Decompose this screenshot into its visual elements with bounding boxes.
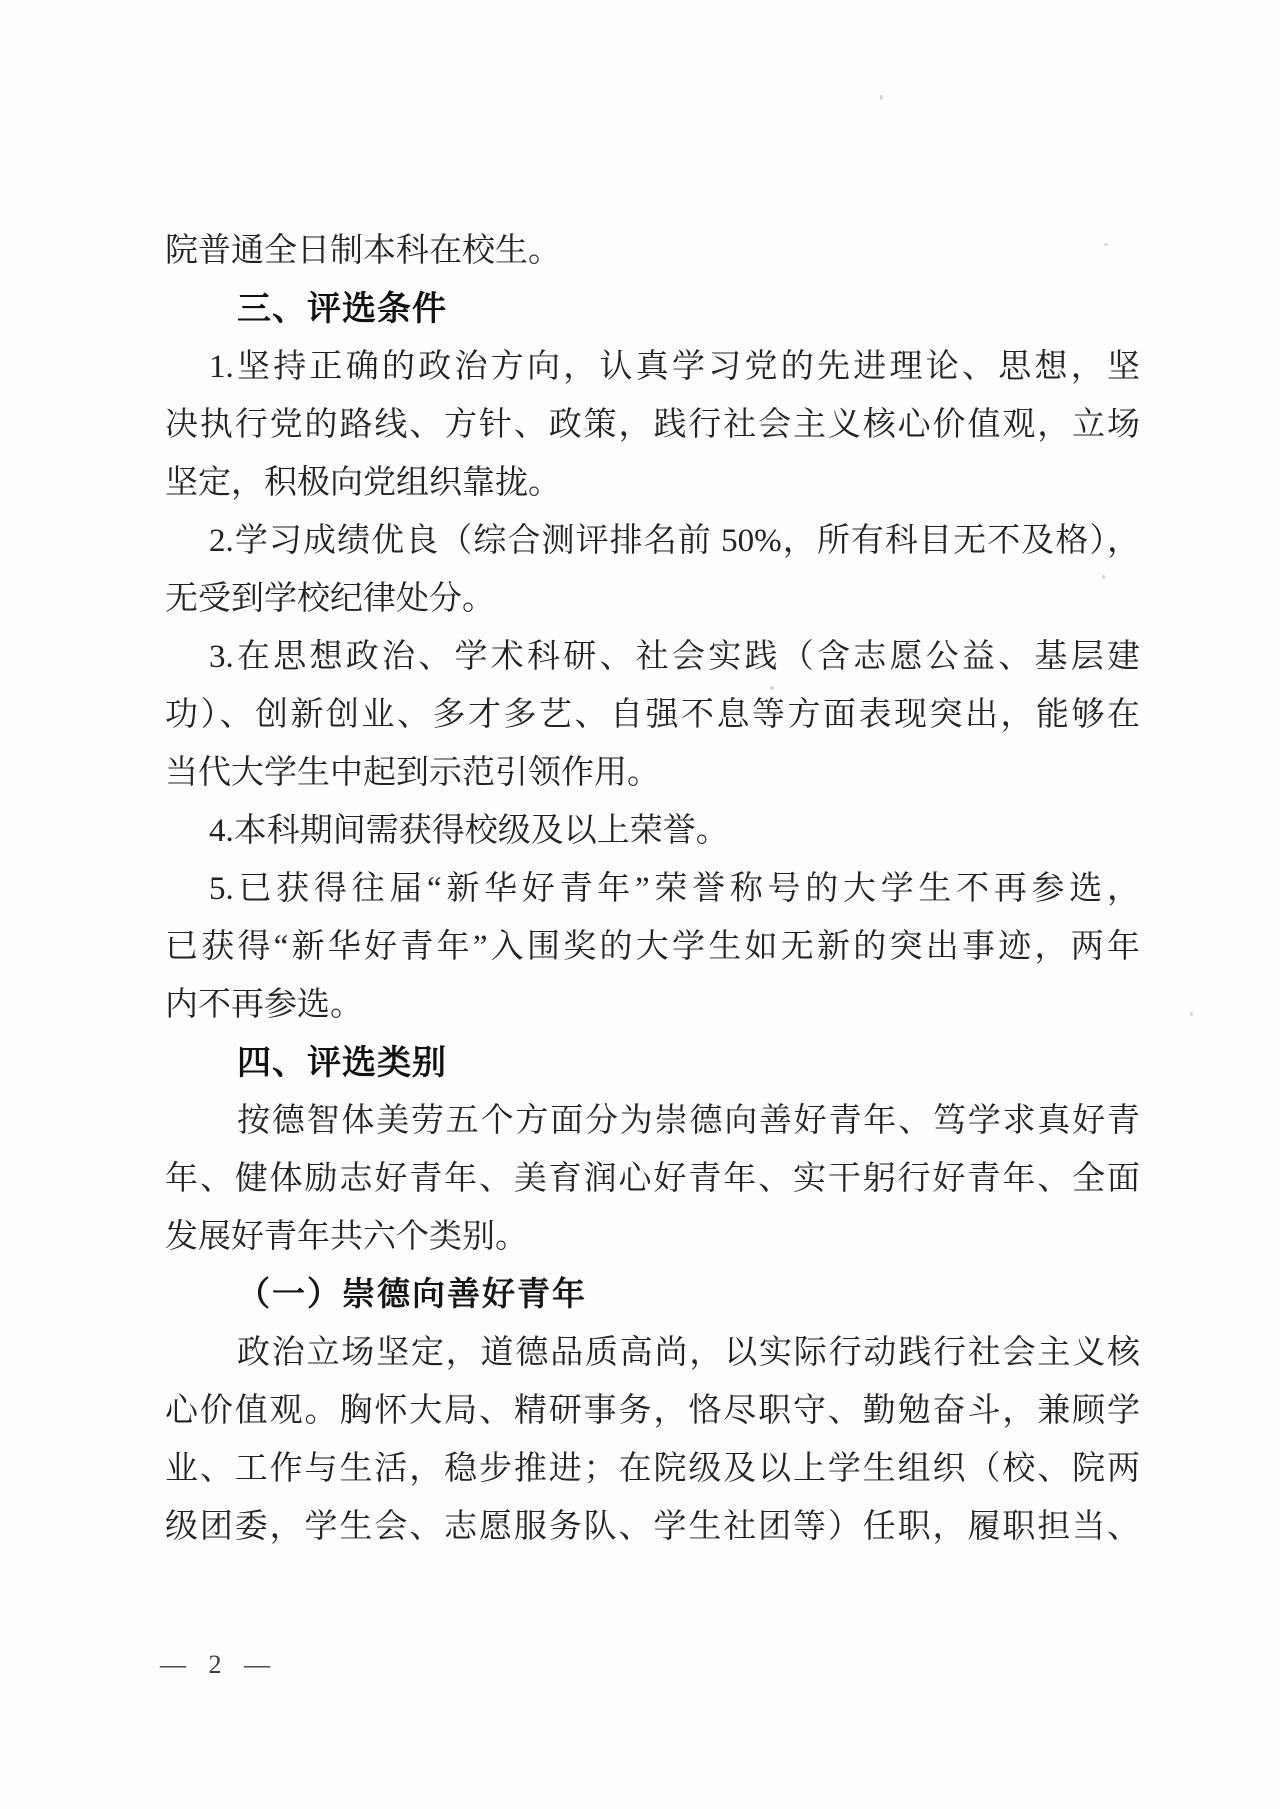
text-line: 当代大学生中起到示范引领作用。: [165, 744, 1140, 802]
text-line: 坚定，积极向党组织靠拢。: [165, 454, 1140, 512]
text-line: 4.本科期间需获得校级及以上荣誉。: [165, 802, 1140, 860]
text-line: 已获得“新华好青年”入围奖的大学生如无新的突出事迹，两年: [165, 918, 1140, 976]
text-line: 发展好青年共六个类别。: [165, 1208, 1140, 1266]
text-line: 5.已获得往届“新华好青年”荣誉称号的大学生不再参选，: [165, 860, 1140, 918]
text-line: 功）、创新创业、多才多艺、自强不息等方面表现突出，能够在: [165, 686, 1140, 744]
page-number: — 2 —: [160, 1650, 278, 1680]
scan-artifact: [1102, 575, 1105, 579]
text-line: 决执行党的路线、方针、政策，践行社会主义核心价值观，立场: [165, 396, 1140, 454]
scan-artifact: [1104, 243, 1108, 246]
document-page: 院普通全日制本科在校生。 三、评选条件 1.坚持正确的政治方向，认真学习党的先进…: [0, 0, 1280, 1809]
subsection-heading: （一）崇德向善好青年: [165, 1266, 1140, 1324]
text-line: 院普通全日制本科在校生。: [165, 222, 1140, 280]
text-line: 无受到学校纪律处分。: [165, 570, 1140, 628]
text-line: 政治立场坚定，道德品质高尚，以实际行动践行社会主义核: [165, 1324, 1140, 1382]
document-text: 院普通全日制本科在校生。 三、评选条件 1.坚持正确的政治方向，认真学习党的先进…: [165, 222, 1140, 1556]
scan-artifact: [880, 95, 883, 100]
text-line: 按德智体美劳五个方面分为崇德向善好青年、笃学求真好青: [165, 1092, 1140, 1150]
text-line: 年、健体励志好青年、美育润心好青年、实干躬行好青年、全面: [165, 1150, 1140, 1208]
section-heading-3: 三、评选条件: [165, 280, 1140, 338]
section-heading-4: 四、评选类别: [165, 1034, 1140, 1092]
text-line: 心价值观。胸怀大局、精研事务，恪尽职守、勤勉奋斗，兼顾学: [165, 1382, 1140, 1440]
text-line: 内不再参选。: [165, 976, 1140, 1034]
scan-artifact: [770, 686, 774, 690]
text-line: 2.学习成绩优良（综合测评排名前 50%，所有科目无不及格），: [165, 512, 1140, 570]
scan-artifact: [583, 428, 587, 431]
text-line: 1.坚持正确的政治方向，认真学习党的先进理论、思想，坚: [165, 338, 1140, 396]
text-line: 3.在思想政治、学术科研、社会实践（含志愿公益、基层建: [165, 628, 1140, 686]
scan-artifact: [1190, 1012, 1193, 1016]
text-line: 业、工作与生活，稳步推进；在院级及以上学生组织（校、院两: [165, 1440, 1140, 1498]
text-line: 级团委，学生会、志愿服务队、学生社团等）任职，履职担当、: [165, 1498, 1140, 1556]
